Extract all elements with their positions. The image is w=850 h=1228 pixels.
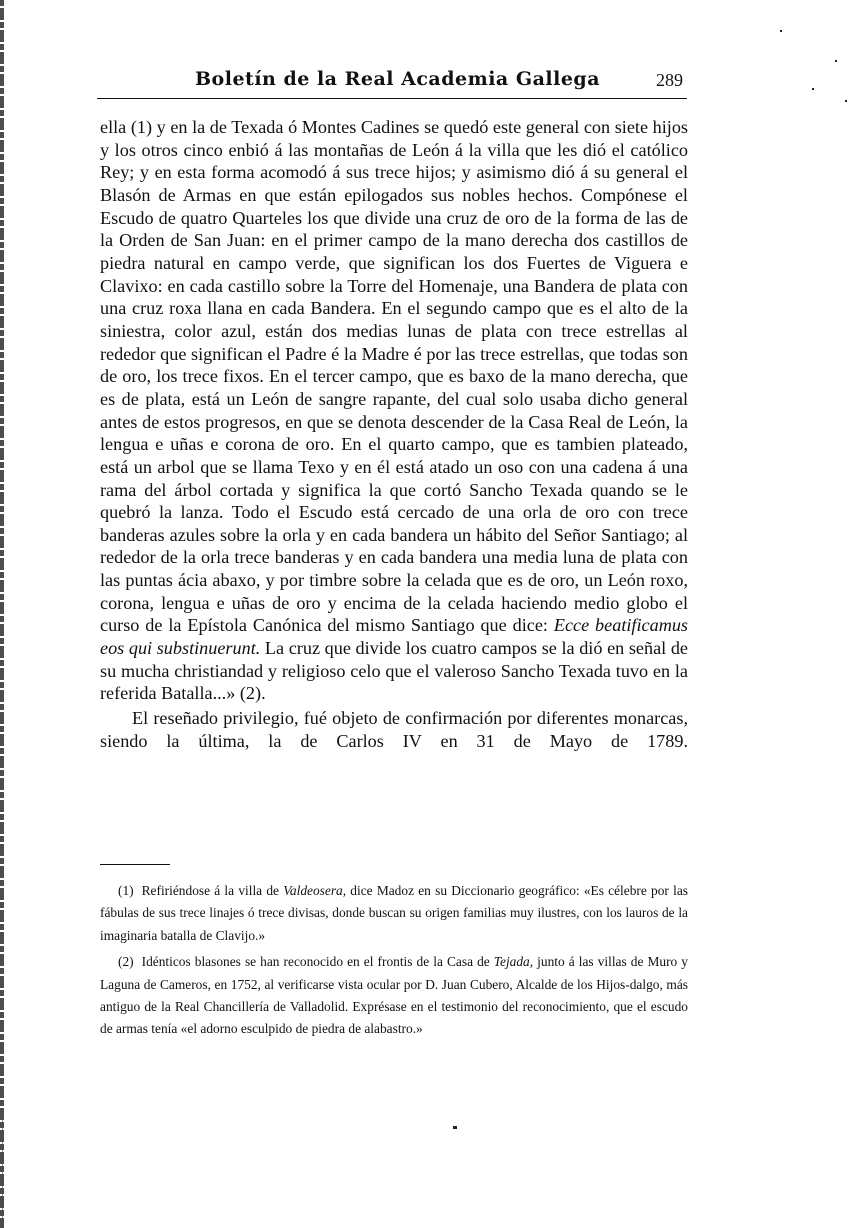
body-paragraph-2: El reseñado privilegio, fué objeto de co… — [100, 707, 688, 752]
paragraph-text: ella (1) y en la de Texada ó Montes Cadi… — [100, 117, 688, 635]
scan-speck — [780, 30, 782, 32]
footnote-text: Idénticos blasones se han reconocido en … — [142, 954, 494, 969]
footnote-1: (1)Refiriéndose á la villa de Valdeosera… — [100, 880, 688, 947]
footnote-mark: (2) — [118, 954, 134, 969]
running-head: Boletín de la Real Academia Gallega — [195, 68, 600, 90]
scanned-page-edge — [0, 0, 4, 1228]
page-number: 289 — [656, 70, 683, 91]
footnote-2: (2)Idénticos blasones se han reconocido … — [100, 951, 688, 1041]
main-text: ella (1) y en la de Texada ó Montes Cadi… — [100, 116, 688, 752]
scan-speck — [812, 88, 814, 90]
scan-speck — [835, 60, 837, 62]
footnote-mark: (1) — [118, 883, 134, 898]
footnote-text: Refiriéndose á la villa de — [142, 883, 284, 898]
scanned-page-edge-mark — [2, 1120, 3, 1228]
scan-speck — [453, 1126, 457, 1129]
footnotes: (1)Refiriéndose á la villa de Valdeosera… — [100, 880, 688, 1045]
body-paragraph-1: ella (1) y en la de Texada ó Montes Cadi… — [100, 116, 688, 705]
page-header: Boletín de la Real Academia Gallega 289 — [97, 64, 687, 98]
scan-speck — [845, 100, 847, 102]
footnote-emphasis: Valdeosera, — [283, 883, 346, 898]
header-rule — [97, 98, 687, 99]
footnote-emphasis: Tejada, — [494, 954, 533, 969]
footnote-separator — [100, 864, 170, 865]
